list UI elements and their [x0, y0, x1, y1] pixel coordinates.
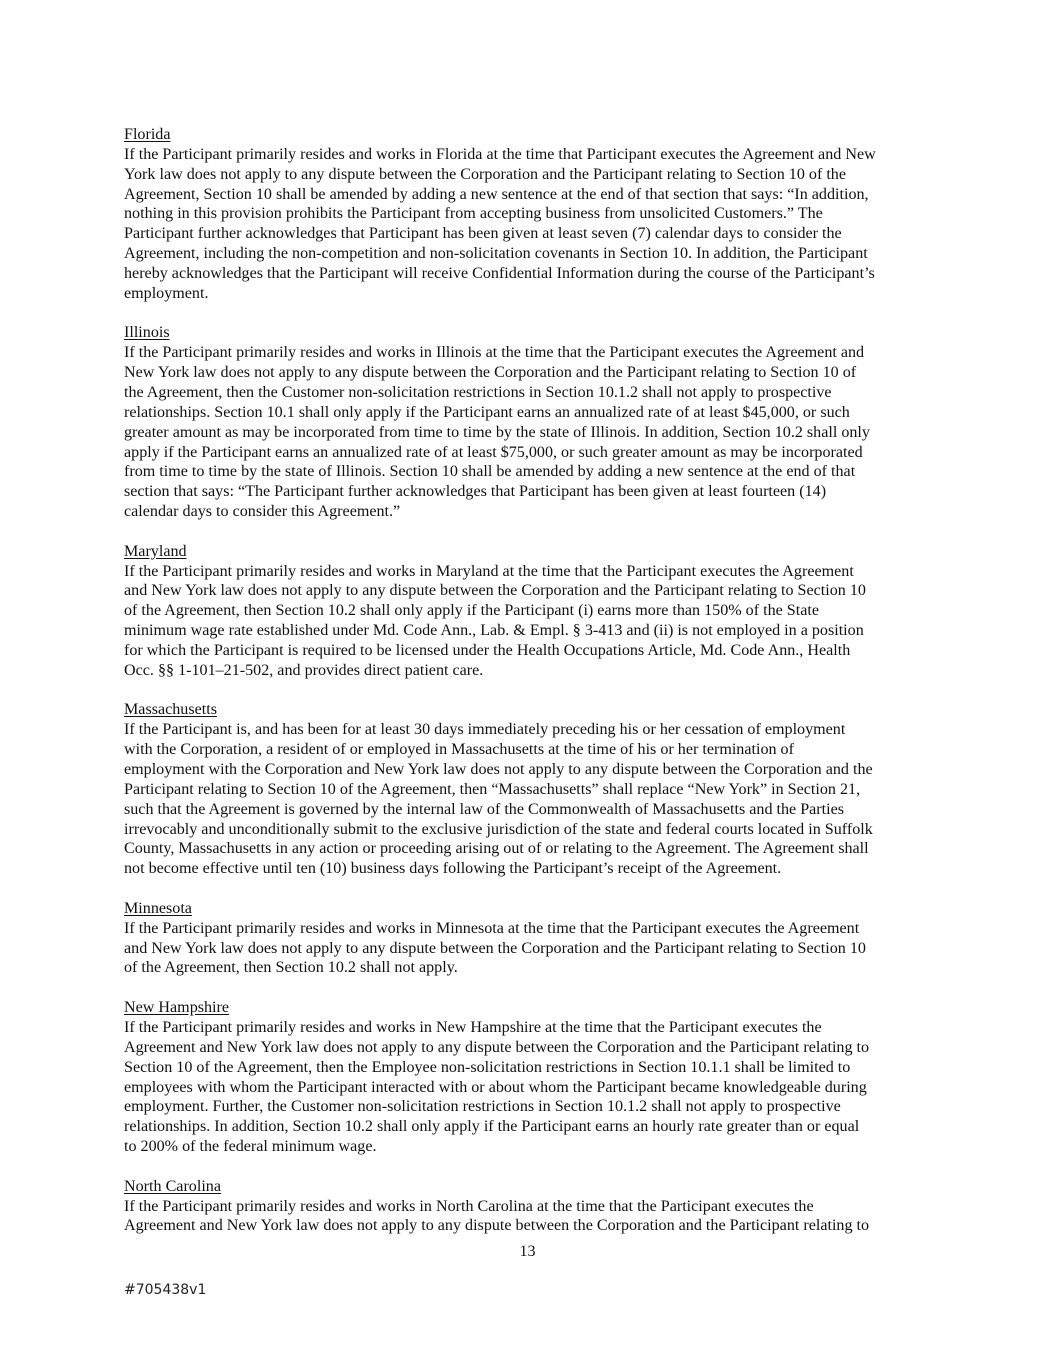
section-minnesota: MinnesotaIf the Participant primarily re… [124, 899, 944, 978]
text-line: Agreement, including the non-competition… [124, 244, 944, 264]
text-line: employees with whom the Participant inte… [124, 1078, 944, 1098]
text-line: relationships. Section 10.1 shall only a… [124, 403, 944, 423]
text-line: New York law does not apply to any dispu… [124, 363, 944, 383]
text-line: Agreement and New York law does not appl… [124, 1216, 944, 1236]
text-line: minimum wage rate established under Md. … [124, 621, 944, 641]
text-line: If the Participant is, and has been for … [124, 720, 944, 740]
section-paragraph: If the Participant primarily resides and… [124, 1197, 944, 1237]
text-line: If the Participant primarily resides and… [124, 343, 944, 363]
section-new-hampshire: New HampshireIf the Participant primaril… [124, 998, 944, 1157]
text-line: greater amount as may be incorporated fr… [124, 423, 944, 443]
text-line: Agreement, Section 10 shall be amended b… [124, 185, 944, 205]
text-line: section that says: “The Participant furt… [124, 482, 944, 502]
text-line: from time to time by the state of Illino… [124, 462, 944, 482]
text-line: relationships. In addition, Section 10.2… [124, 1117, 944, 1137]
text-line: If the Participant primarily resides and… [124, 145, 944, 165]
text-line: apply if the Participant earns an annual… [124, 443, 944, 463]
text-line: for which the Participant is required to… [124, 641, 944, 661]
section-illinois: IllinoisIf the Participant primarily res… [124, 323, 944, 521]
section-paragraph: If the Participant is, and has been for … [124, 720, 944, 879]
text-line: Occ. §§ 1-101–21-502, and provides direc… [124, 661, 944, 681]
text-line: such that the Agreement is governed by t… [124, 800, 944, 820]
text-line: Section 10 of the Agreement, then the Em… [124, 1058, 944, 1078]
page-number: 13 [0, 1242, 1055, 1262]
section-massachusetts: MassachusettsIf the Participant is, and … [124, 700, 944, 879]
text-line: of the Agreement, then Section 10.2 shal… [124, 958, 944, 978]
text-line: nothing in this provision prohibits the … [124, 204, 944, 224]
section-paragraph: If the Participant primarily resides and… [124, 343, 944, 522]
text-line: the Agreement, then the Customer non-sol… [124, 383, 944, 403]
text-line: with the Corporation, a resident of or e… [124, 740, 944, 760]
section-north-carolina: North CarolinaIf the Participant primari… [124, 1177, 944, 1237]
text-line: hereby acknowledges that the Participant… [124, 264, 944, 284]
text-line: to 200% of the federal minimum wage. [124, 1137, 944, 1157]
text-line: Participant further acknowledges that Pa… [124, 224, 944, 244]
text-line: and New York law does not apply to any d… [124, 581, 944, 601]
section-maryland: MarylandIf the Participant primarily res… [124, 542, 944, 681]
text-line: Agreement and New York law does not appl… [124, 1038, 944, 1058]
text-line: employment with the Corporation and New … [124, 760, 944, 780]
document-id: #705438v1 [124, 1281, 206, 1299]
text-line: If the Participant primarily resides and… [124, 919, 944, 939]
section-paragraph: If the Participant primarily resides and… [124, 145, 944, 304]
document-page: FloridaIf the Participant primarily resi… [124, 125, 944, 1256]
section-heading: Maryland [124, 542, 944, 562]
section-heading: New Hampshire [124, 998, 944, 1018]
text-line: employment. [124, 284, 944, 304]
section-heading: Illinois [124, 323, 944, 343]
text-line: If the Participant primarily resides and… [124, 562, 944, 582]
text-line: not become effective until ten (10) busi… [124, 859, 944, 879]
text-line: If the Participant primarily resides and… [124, 1018, 944, 1038]
text-line: irrevocably and unconditionally submit t… [124, 820, 944, 840]
text-line: Participant relating to Section 10 of th… [124, 780, 944, 800]
section-paragraph: If the Participant primarily resides and… [124, 919, 944, 979]
section-heading: North Carolina [124, 1177, 944, 1197]
section-paragraph: If the Participant primarily resides and… [124, 562, 944, 681]
section-heading: Massachusetts [124, 700, 944, 720]
section-paragraph: If the Participant primarily resides and… [124, 1018, 944, 1157]
text-line: and New York law does not apply to any d… [124, 939, 944, 959]
section-florida: FloridaIf the Participant primarily resi… [124, 125, 944, 304]
text-line: employment. Further, the Customer non-so… [124, 1097, 944, 1117]
text-line: York law does not apply to any dispute b… [124, 165, 944, 185]
section-heading: Florida [124, 125, 944, 145]
text-line: of the Agreement, then Section 10.2 shal… [124, 601, 944, 621]
text-line: County, Massachusetts in any action or p… [124, 839, 944, 859]
text-line: calendar days to consider this Agreement… [124, 502, 944, 522]
section-heading: Minnesota [124, 899, 944, 919]
text-line: If the Participant primarily resides and… [124, 1197, 944, 1217]
